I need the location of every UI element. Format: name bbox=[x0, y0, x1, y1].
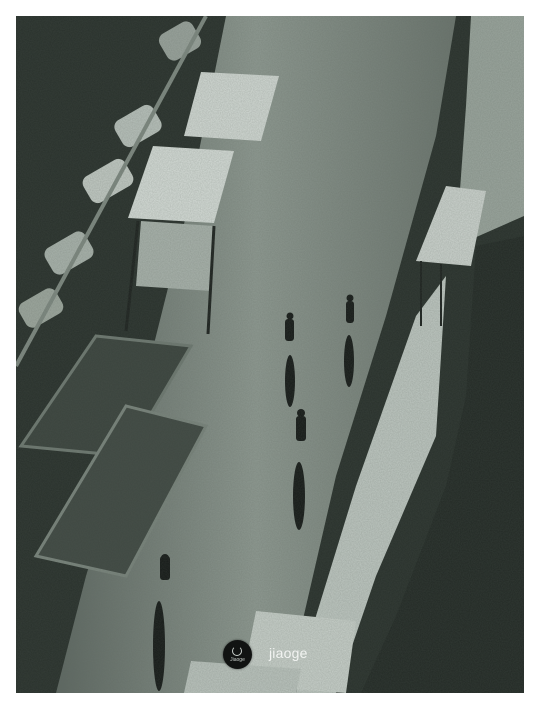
logo-text: Jiaoge bbox=[223, 657, 252, 663]
watermark-label: jiaoge bbox=[269, 645, 308, 661]
street-photo bbox=[16, 16, 524, 693]
watermark-logo: Jiaoge bbox=[223, 640, 252, 669]
street-scene-illustration bbox=[16, 16, 524, 693]
logo-ring-icon bbox=[232, 646, 242, 656]
